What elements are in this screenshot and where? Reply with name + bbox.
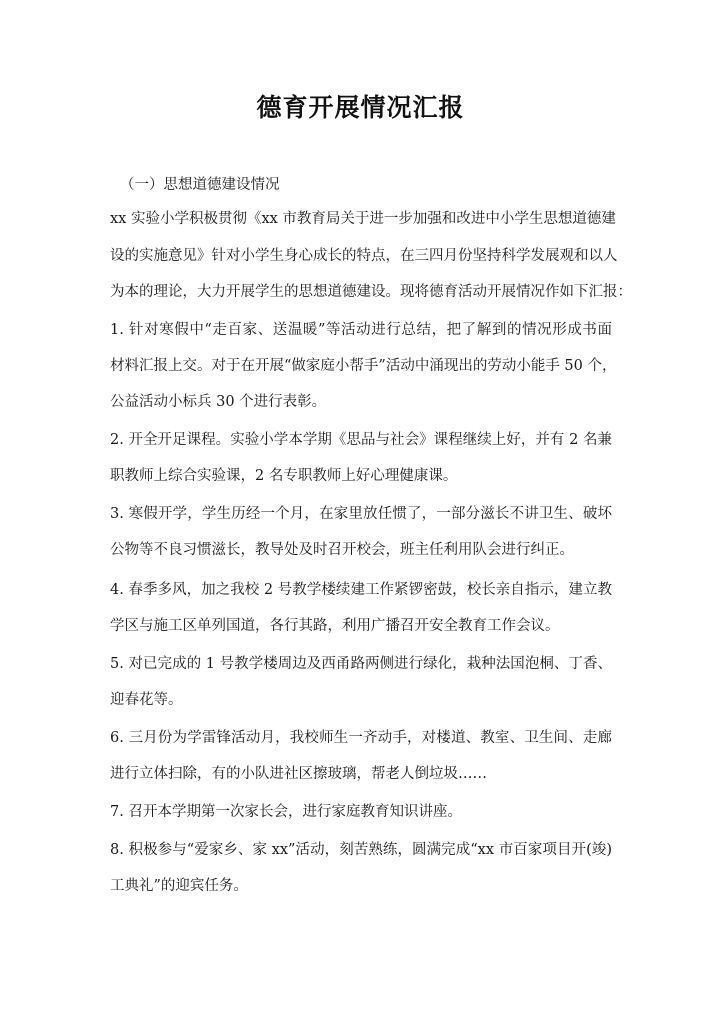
item-line: 7. 召开本学期第一次家长会，进行家庭教育知识讲座。 — [110, 802, 612, 822]
item-line: 进行立体扫除，有的小队进社区擦玻璃，帮老人倒垃圾…… — [110, 764, 612, 784]
item-line: 材料汇报上交。对于在开展“做家庭小帮手”活动中涌现出的劳动小能手 50 个， — [110, 356, 612, 376]
item-line: 公益活动小标兵 30 个进行表彰。 — [110, 392, 612, 412]
item-line: 学区与施工区单列国道，各行其路，利用广播召开安全教育工作会议。 — [110, 616, 612, 636]
item-line: 职教师上综合实验课，2 名专职教师上好心理健康课。 — [110, 466, 612, 486]
item-line: 4. 春季多风，加之我校 2 号教学楼续建工作紧锣密鼓，校长亲自指示，建立教 — [110, 580, 612, 600]
item-line: 6. 三月份为学雷锋活动月，我校师生一齐动手，对楼道、教室、卫生间、走廊 — [110, 728, 612, 748]
item-line: 5. 对已完成的 1 号教学楼周边及西甬路两侧进行绿化，栽种法国泡桐、丁香、 — [110, 654, 612, 674]
intro-line: xx 实验小学积极贯彻《xx 市教育局关于进一步加强和改进中小学生思想道德建 — [110, 209, 612, 229]
item-line: 2. 开全开足课程。实验小学本学期《思品与社会》课程继续上好，并有 2 名兼 — [110, 430, 612, 450]
item-line: 迎春花等。 — [110, 690, 612, 710]
document-title: 德育开展情况汇报 — [0, 88, 721, 124]
document-page: 德育开展情况汇报 （一）思想道德建设情况 xx 实验小学积极贯彻《xx 市教育局… — [0, 0, 721, 1020]
intro-line: 为本的理论，大力开展学生的思想道德建设。现将德育活动开展情况作如下汇报： — [110, 282, 612, 302]
item-line: 1. 针对寒假中“走百家、送温暖”等活动进行总结，把了解到的情况形成书面 — [110, 320, 612, 340]
item-line: 工典礼”的迎宾任务。 — [110, 876, 612, 896]
item-line: 3. 寒假开学，学生历经一个月，在家里放任惯了，一部分滋长不讲卫生、破坏 — [110, 504, 612, 524]
item-line: 8. 积极参与“爱家乡、家 xx”活动，刻苦熟练，圆满完成“xx 市百家项目开(… — [110, 840, 612, 860]
item-line: 公物等不良习惯滋长，教导处及时召开校会，班主任利用队会进行纠正。 — [110, 540, 612, 560]
section-heading: （一）思想道德建设情况 — [120, 175, 280, 195]
intro-line: 设的实施意见》针对小学生身心成长的特点，在三四月份坚持科学发展观和以人 — [110, 246, 612, 266]
